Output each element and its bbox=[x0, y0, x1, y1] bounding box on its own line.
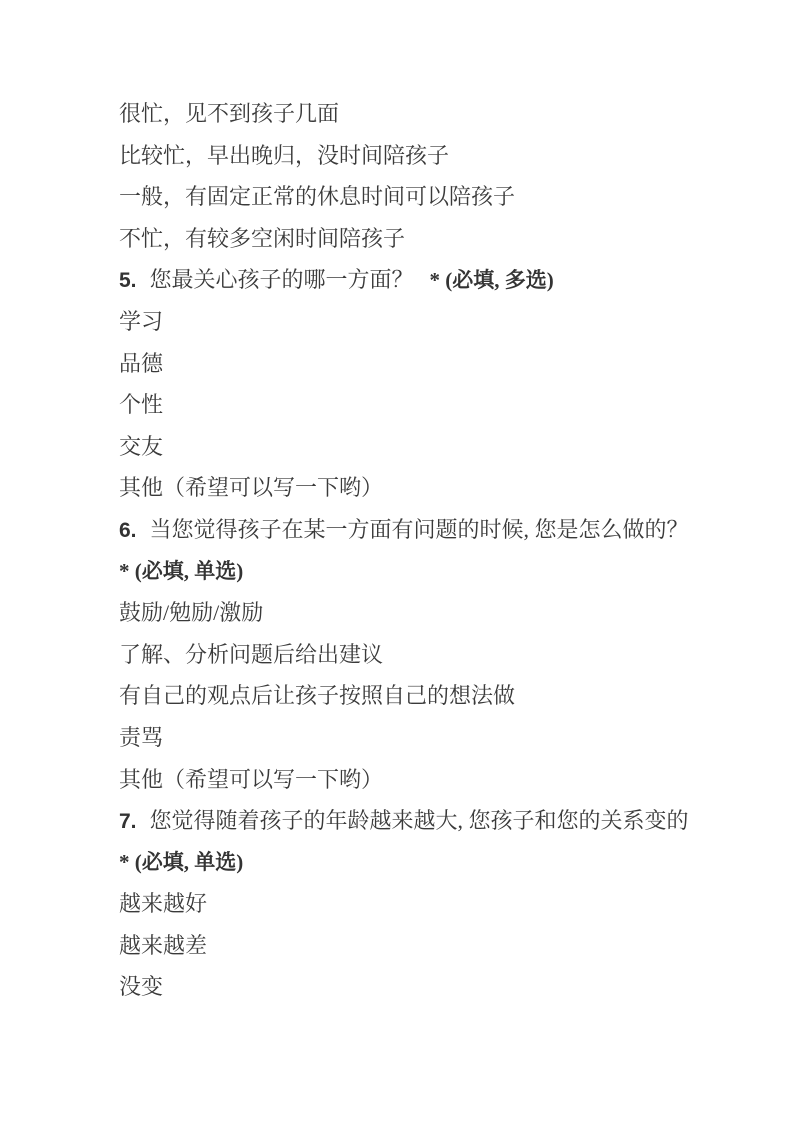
question-option: 一般，有固定正常的休息时间可以陪孩子 bbox=[119, 176, 733, 218]
question-option: 交友 bbox=[119, 426, 733, 468]
required-tag: * (必填, 单选) bbox=[119, 842, 733, 884]
question-heading-q5: 5.您最关心孩子的哪一方面？* (必填, 多选) bbox=[119, 259, 733, 301]
question-option: 其他（希望可以写一下哟） bbox=[119, 467, 733, 509]
question-option: 不忙，有较多空闲时间陪孩子 bbox=[119, 218, 733, 260]
question-heading-q6: 6.当您觉得孩子在某一方面有问题的时候, 您是怎么做的？ bbox=[119, 509, 733, 551]
questionnaire-document-page: 很忙，见不到孩子几面 比较忙，早出晚归，没时间陪孩子 一般，有固定正常的休息时间… bbox=[0, 0, 793, 1122]
question-option: 越来越好 bbox=[119, 883, 733, 925]
question-option: 个性 bbox=[119, 384, 733, 426]
question-option: 越来越差 bbox=[119, 925, 733, 967]
question-option: 有自己的观点后让孩子按照自己的想法做 bbox=[119, 675, 733, 717]
question-option: 鼓励/勉励/激励 bbox=[119, 592, 733, 634]
question-option: 没变 bbox=[119, 966, 733, 1008]
question-title: 您最关心孩子的哪一方面？ bbox=[150, 267, 414, 292]
question-number: 5. bbox=[119, 260, 137, 302]
question-option: 学习 bbox=[119, 301, 733, 343]
question-option: 比较忙，早出晚归，没时间陪孩子 bbox=[119, 135, 733, 177]
required-tag: * (必填, 单选) bbox=[119, 551, 733, 593]
question-option: 品德 bbox=[119, 343, 733, 385]
question-option: 很忙，见不到孩子几面 bbox=[119, 93, 733, 135]
question-option: 责骂 bbox=[119, 717, 733, 759]
document-content: 很忙，见不到孩子几面 比较忙，早出晚归，没时间陪孩子 一般，有固定正常的休息时间… bbox=[119, 93, 733, 1008]
question-option: 了解、分析问题后给出建议 bbox=[119, 634, 733, 676]
question-number: 6. bbox=[119, 510, 137, 552]
question-option: 其他（希望可以写一下哟） bbox=[119, 759, 733, 801]
required-tag: * (必填, 多选) bbox=[430, 268, 554, 292]
question-number: 7. bbox=[119, 801, 137, 843]
question-title: 您觉得随着孩子的年龄越来越大, 您孩子和您的关系变的 bbox=[150, 808, 689, 833]
question-title: 当您觉得孩子在某一方面有问题的时候, 您是怎么做的？ bbox=[150, 517, 689, 542]
question-heading-q7: 7.您觉得随着孩子的年龄越来越大, 您孩子和您的关系变的 bbox=[119, 800, 733, 842]
